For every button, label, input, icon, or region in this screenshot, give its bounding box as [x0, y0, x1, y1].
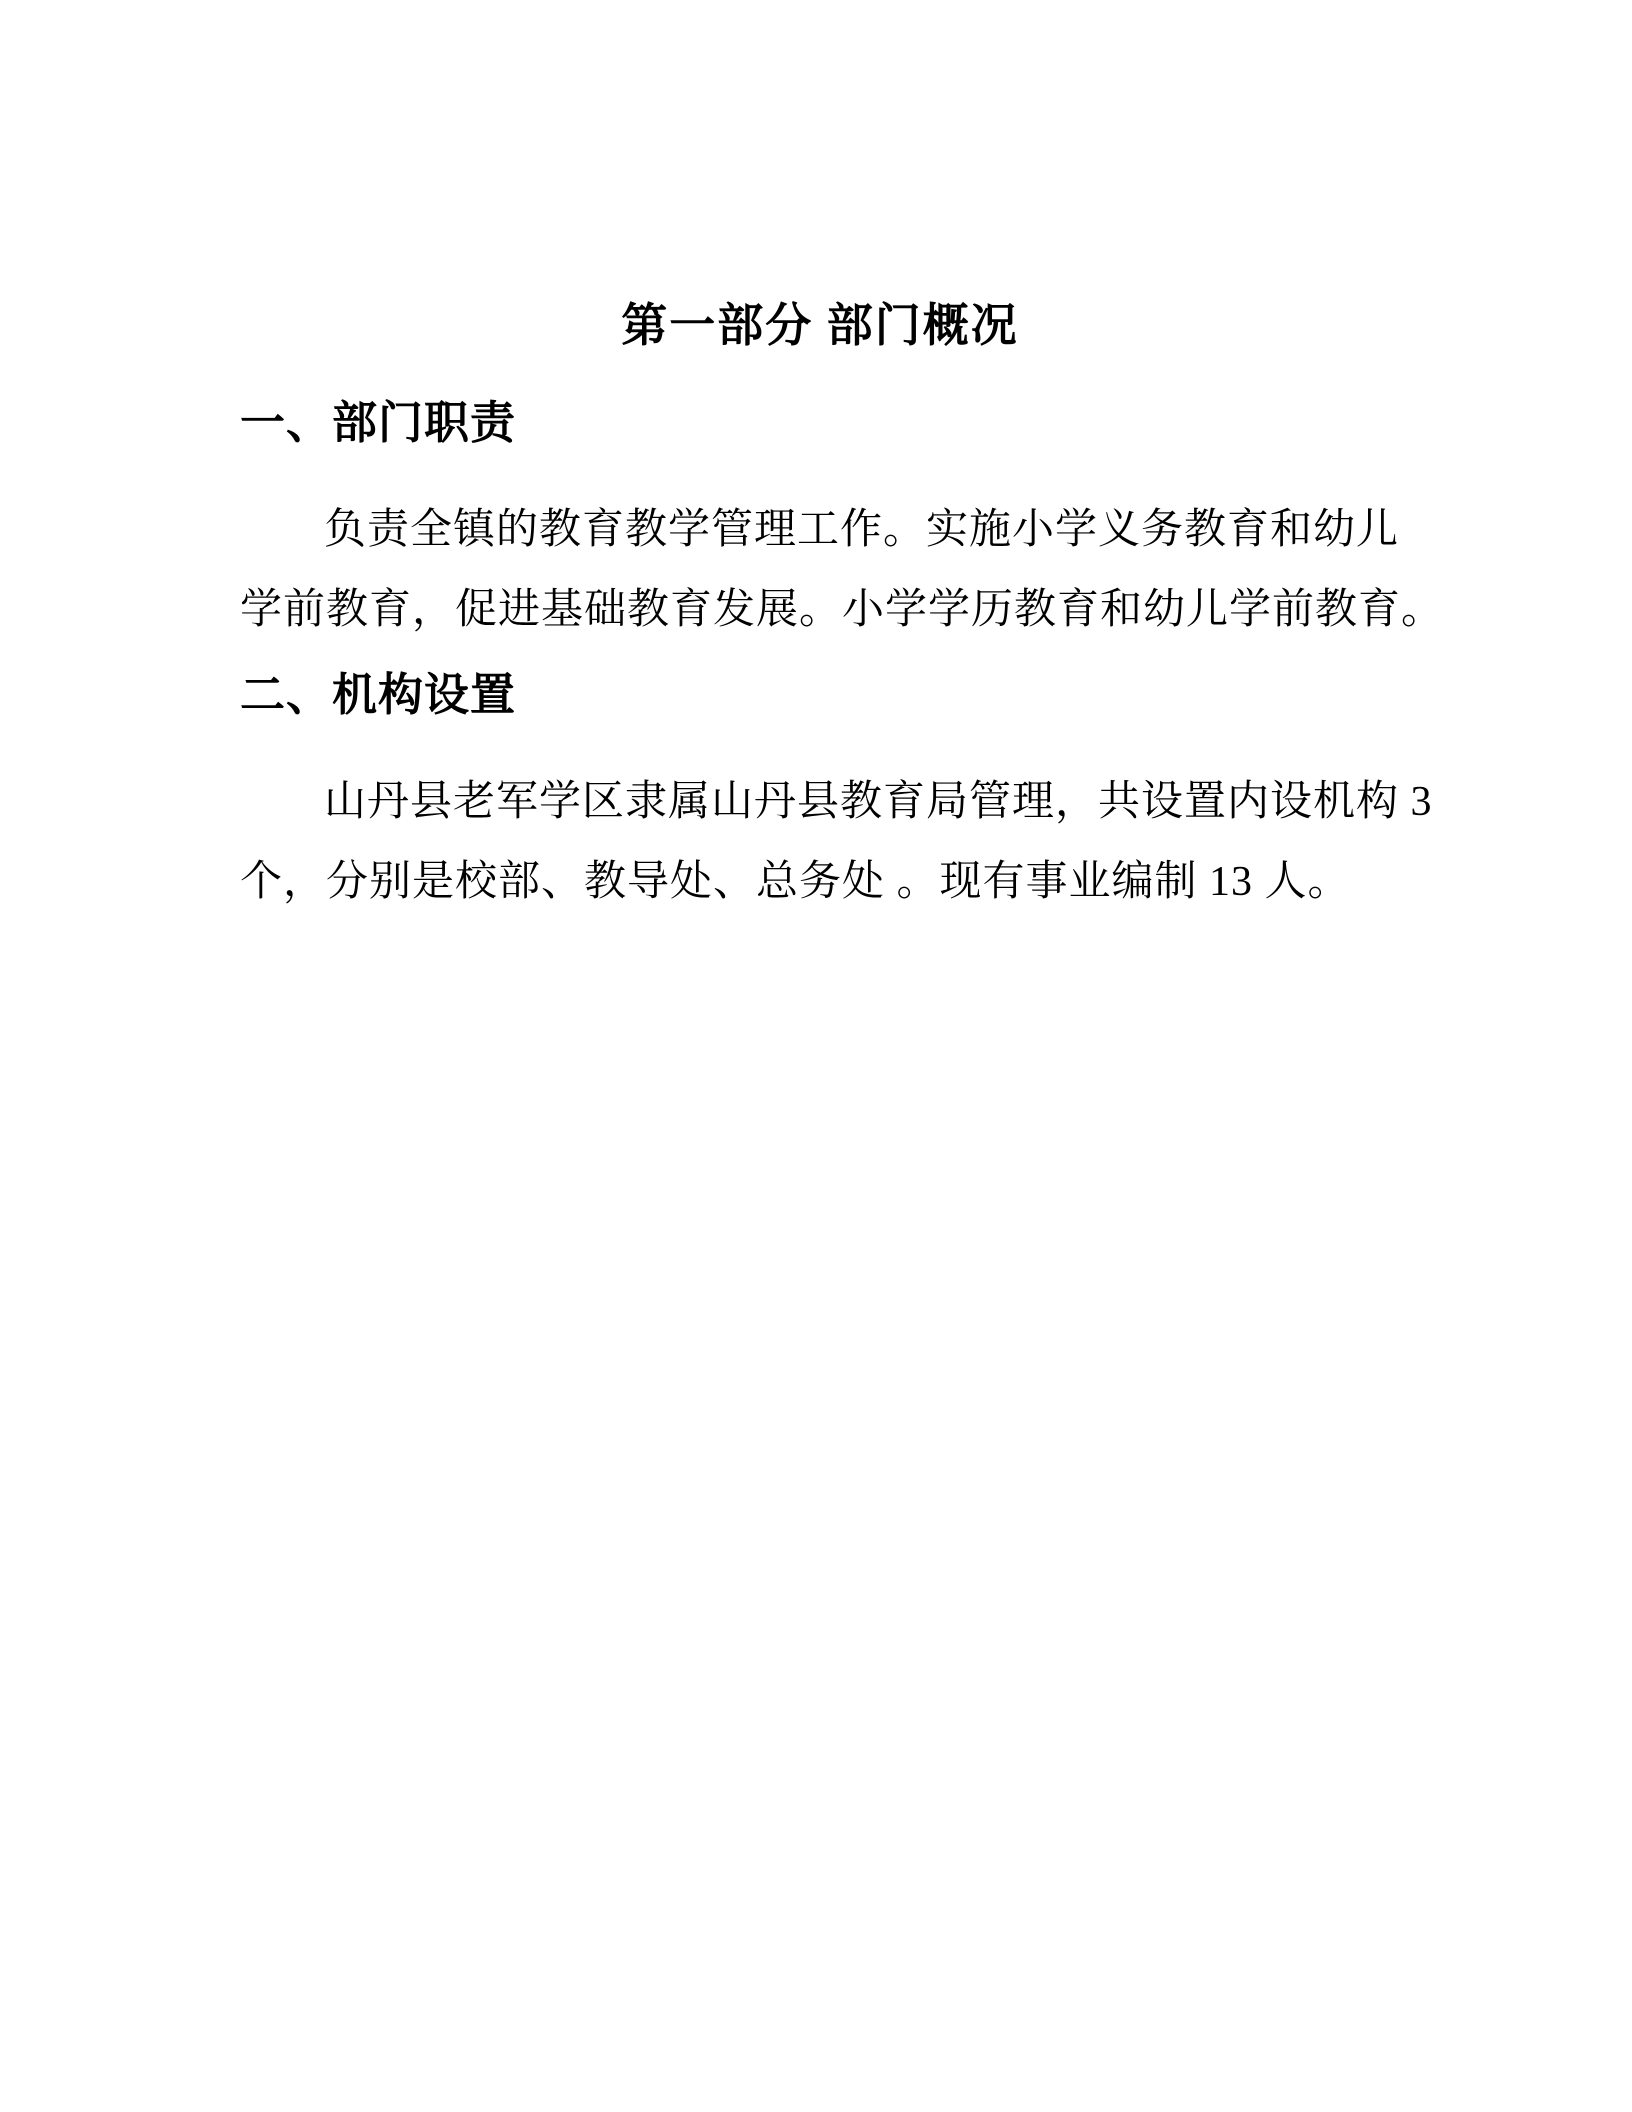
document-title: 第一部分 部门概况	[240, 298, 1400, 354]
paragraph-line: 个，分别是校部、教导处、总务处 。现有事业编制 13 人。	[240, 842, 1400, 922]
paragraph-line: 负责全镇的教育教学管理工作。实施小学义务教育和幼儿	[240, 490, 1400, 570]
document-page: 第一部分 部门概况 一、部门职责 负责全镇的教育教学管理工作。实施小学义务教育和…	[0, 0, 1632, 2112]
paragraph-line: 山丹县老军学区隶属山丹县教育局管理，共设置内设机构 3	[240, 762, 1400, 842]
section-duties-paragraph: 负责全镇的教育教学管理工作。实施小学义务教育和幼儿 学前教育，促进基础教育发展。…	[240, 490, 1400, 650]
section-heading-duties: 一、部门职责	[240, 396, 1400, 450]
section-heading-organization: 二、机构设置	[240, 668, 1400, 722]
section-organization-paragraph: 山丹县老军学区隶属山丹县教育局管理，共设置内设机构 3 个，分别是校部、教导处、…	[240, 762, 1400, 922]
paragraph-line: 学前教育，促进基础教育发展。小学学历教育和幼儿学前教育。	[240, 570, 1400, 650]
